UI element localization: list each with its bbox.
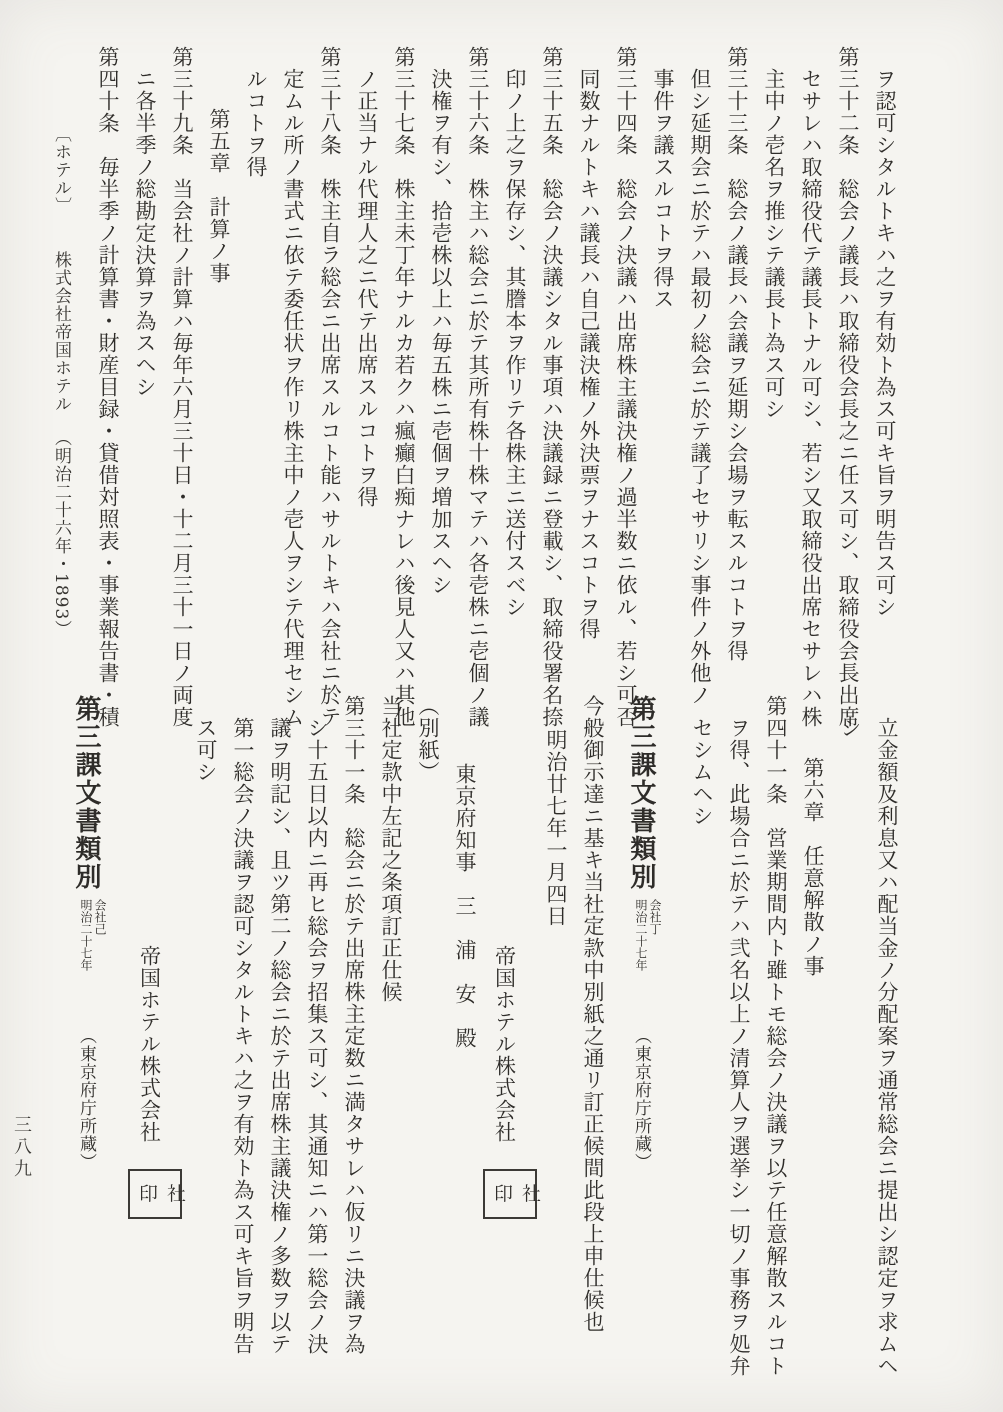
company-name: 帝国ホテル株式会社 (486, 945, 524, 1143)
company-seal-box: 印社 (128, 1169, 182, 1219)
article-line: ノ正当ナル代理人之ニ代テ出席スルコトヲ得 (348, 46, 385, 686)
doc-class-note-volume: 会社己 (93, 899, 107, 971)
article-line: 定ムル所ノ書式ニ依テ委任状ヲ作リ株主中ノ壱人ヲシテ代理セシム (274, 46, 311, 686)
doc-class-note-volume: 会社丁 (648, 899, 662, 971)
article-line: 主中ノ壱名ヲ推シテ議長ト為ス可シ (755, 46, 792, 686)
company-signature-1: 帝国ホテル株式会社印社 (483, 695, 537, 1405)
date-line: 明治廿七年一月四日 (537, 695, 574, 1405)
article-line: 第三十八条 株主自ラ総会ニ出席スルコト能ハサルトキハ会社ニ於テ (311, 46, 348, 686)
company-name: 帝国ホテル株式会社 (131, 945, 169, 1143)
article-line: 第一総会ノ決議ヲ認可シタルトキハ之ヲ有効ト為ス可キ旨ヲ明告 (224, 695, 261, 1405)
article-line: ス可シ (187, 695, 224, 1405)
article-line: 第三十四条 総会ノ決議ハ出席株主議決権ノ過半数ニ依ル、若シ可否 (607, 46, 644, 686)
doc-class-title: 第三課文書類別 (64, 695, 108, 891)
article-line: 同数ナルトキハ議長ハ自己議決権ノ外決票ヲナスコトヲ得 (570, 46, 607, 686)
petition-line: 今般御示達ニ基キ当社定款中別紙之通リ訂正候間此段上申仕候也 (574, 695, 611, 1405)
documents-section: 立金額及利息又ハ配当金ノ分配案ヲ通常総会ニ提出シ認定ヲ求ムヘ シ 第六章 任意解… (6, 695, 905, 1405)
article-line: 議ヲ明記シ、且ツ第二ノ総会ニ於テ出席株主議決権ノ多数ヲ以テ (261, 695, 298, 1405)
article-line: ヲ得、此場合ニ於テハ弐名以上ノ清算人ヲ選挙シ一切ノ事務ヲ処弁 (720, 695, 757, 1405)
article-line: 第三十七条 株主未丁年ナルカ若クハ瘋癲白痴ナレハ後見人又ハ其他 (385, 46, 422, 686)
doc-class-heading-1: 第三課文書類別会社丁明治二十七年（東京府庁所蔵） (619, 695, 663, 1405)
article-line: 事件ヲ議スルコトヲ得ス (644, 46, 681, 686)
doc-class-note: 会社己明治二十七年 (79, 899, 107, 971)
article-line: 但シ延期会ニ於テハ最初ノ総会ニ於テ議了セサリシ事件ノ外他ノ (681, 46, 718, 686)
article-line: 第三十六条 株主ハ総会ニ於テ其所有株十株マテハ各壱株ニ壱個ノ議 (459, 46, 496, 686)
article-line: ルコトヲ得 (237, 46, 274, 686)
chapter-heading: 第五章 計算ノ事 (200, 46, 237, 686)
article-line: セサレハ取締役代テ議長トナル可シ、若シ又取締役出席セサレハ株 (792, 46, 829, 686)
article-line: 第三十一条 総会ニ於テ出席株主定数ニ満タサレハ仮リニ決議ヲ為 (335, 695, 372, 1405)
amendment-line: 当社定款中左記之条項訂正仕候 (372, 695, 409, 1405)
archive-source: （東京府庁所蔵） (619, 1027, 663, 1171)
article-line: セシムヘシ (683, 695, 720, 1405)
article-line: 第三十五条 総会ノ決議シタル事項ハ決議録ニ登載シ、取締役署名捺 (533, 46, 570, 686)
addressee-line: 東京府知事 三 浦 安 殿 (446, 695, 483, 1405)
article-line: 第四十条 毎半季ノ計算書・財産目録・貸借対照表・事業報告書・積 (89, 46, 126, 686)
article-line: 第三十九条 当会社ノ計算ハ毎年六月三十日・十二月三十一日ノ両度 (163, 46, 200, 686)
article-line: 第三十三条 総会ノ議長ハ会議ヲ延期シ会場ヲ転スルコトヲ得 (718, 46, 755, 686)
archive-source: （東京府庁所蔵） (64, 1027, 108, 1171)
doc-class-note: 会社丁明治二十七年 (634, 899, 662, 971)
article-line: 第三十二条 総会ノ議長ハ取締役会長之ニ任ス可シ、取締役会長出席 (829, 46, 866, 686)
article-line: 印ノ上之ヲ保存シ、其謄本ヲ作リテ各株主ニ送付スベシ (496, 46, 533, 686)
page-number: 三八九 (6, 695, 36, 1405)
article-line: ヲ認可シタルトキハ之ヲ有効ト為ス可キ旨ヲ明告ス可シ (866, 46, 903, 686)
article-line: ニ各半季ノ総勘定決算ヲ為スヘシ (126, 46, 163, 686)
doc-class-note-year: 明治二十七年 (79, 899, 93, 971)
company-seal-box: 印社 (483, 1169, 537, 1219)
doc-class-title: 第三課文書類別 (619, 695, 663, 891)
article-line: 第四十一条 営業期間内ト雖トモ総会ノ決議ヲ以テ任意解散スルコト (757, 695, 794, 1405)
articles-section: ヲ認可シタルトキハ之ヲ有効ト為ス可キ旨ヲ明告ス可シ 第三十二条 総会ノ議長ハ取締… (48, 46, 903, 686)
article-line: シ (831, 695, 868, 1405)
margin-header-year: （明治二十六年・1893） (48, 429, 74, 638)
chapter-heading: 第六章 任意解散ノ事 (794, 695, 831, 1405)
article-line: 立金額及利息又ハ配当金ノ分配案ヲ通常総会ニ提出シ認定ヲ求ムヘ (868, 695, 905, 1405)
margin-header-title: 株式会社帝国ホテル (48, 251, 74, 413)
article-line: 決権ヲ有シ、拾壱株以上ハ毎五株ニ壱個ヲ増加スヘシ (422, 46, 459, 686)
attachment-label: （別紙） (409, 695, 446, 1405)
document-page: ヲ認可シタルトキハ之ヲ有効ト為ス可キ旨ヲ明告ス可シ 第三十二条 総会ノ議長ハ取締… (0, 0, 1003, 1412)
doc-class-note-year: 明治二十七年 (634, 899, 648, 971)
article-line: シ十五日以内ニ再ヒ総会ヲ招集ス可シ、其通知ニハ第一総会ノ決 (298, 695, 335, 1405)
doc-class-heading-2: 第三課文書類別会社己明治二十七年（東京府庁所蔵） (64, 695, 108, 1405)
margin-header-bracket: 〔ホテル〕 (48, 125, 74, 215)
margin-header: 〔ホテル〕株式会社帝国ホテル（明治二十六年・1893） (48, 46, 74, 686)
company-signature-2: 帝国ホテル株式会社印社 (128, 695, 182, 1405)
